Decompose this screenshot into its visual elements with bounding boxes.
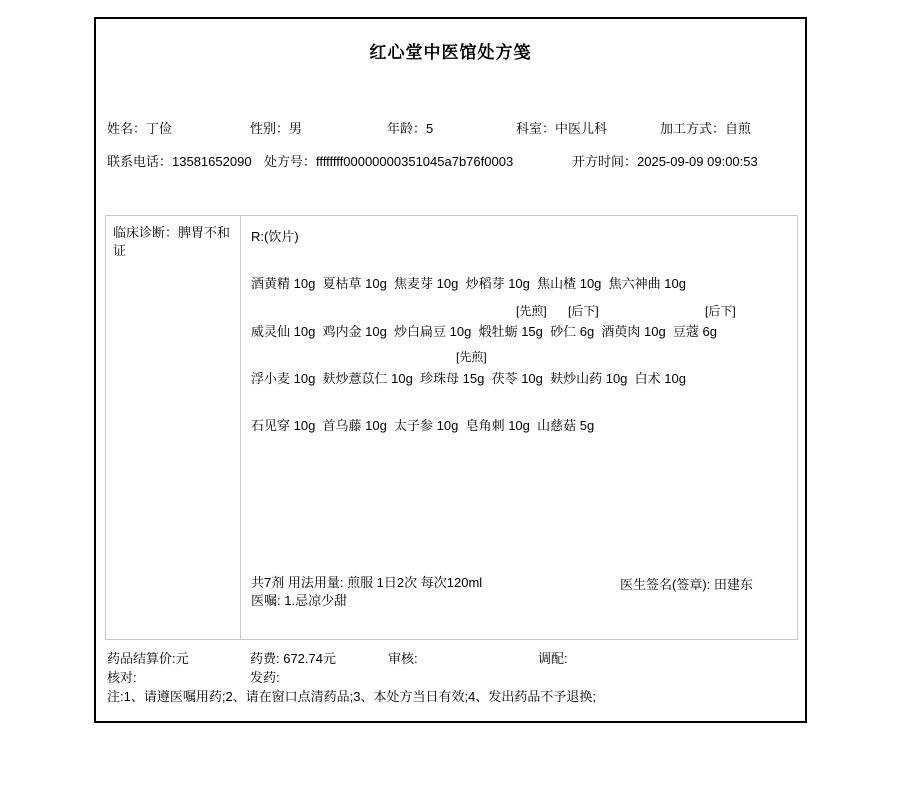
department-value: 中医儿科 — [555, 121, 607, 136]
medicine-line-2: 威灵仙 10g 鸡内金 10g 炒白扁豆 10g 煅牡蛎 15g 砂仁 6g 酒… — [251, 323, 791, 340]
patient-name-label: 姓名： — [107, 121, 146, 136]
marker-row-2: [先煎] — [241, 348, 797, 362]
screenshot-canvas: 红心堂中医馆处方笺 姓名：丁俭 性别：男 年龄：5 科室：中医儿科 加工方式：自… — [0, 0, 900, 800]
prescription-page: 红心堂中医馆处方笺 姓名：丁俭 性别：男 年龄：5 科室：中医儿科 加工方式：自… — [94, 17, 807, 723]
issue-time-value: 2025-09-09 09:00:53 — [637, 154, 758, 169]
check-label: 核对: — [107, 667, 137, 686]
medicine-line-1: 酒黄精 10g 夏枯草 10g 焦麦芽 10g 炒稻芽 10g 焦山楂 10g … — [251, 275, 791, 292]
issue-time-field: 开方时间：2025-09-09 09:00:53 — [572, 151, 758, 170]
processing-method-value: 自煎 — [725, 121, 751, 136]
department-label: 科室： — [516, 121, 555, 136]
rx-header: R:(饮片) — [251, 228, 791, 245]
rx-number-label: 处方号： — [264, 154, 316, 169]
patient-info-row-2: 联系电话：13581652090 处方号：ffffffff00000000351… — [96, 151, 805, 167]
medicine-area: R:(饮片) 酒黄精 10g 夏枯草 10g 焦麦芽 10g 炒稻芽 10g 焦… — [241, 216, 797, 639]
patient-age-label: 年龄： — [387, 121, 426, 136]
patient-gender-label: 性别： — [250, 121, 289, 136]
patient-age-value: 5 — [426, 121, 433, 136]
issue-drug-label: 发药: — [250, 667, 280, 686]
medicine-line-3: 浮小麦 10g 麸炒薏苡仁 10g 珍珠母 15g 茯苓 10g 麸炒山药 10… — [251, 370, 791, 387]
patient-info-row-1: 姓名：丁俭 性别：男 年龄：5 科室：中医儿科 加工方式：自煎 — [96, 118, 805, 134]
patient-gender-field: 性别：男 — [250, 118, 302, 137]
rx-number-value: ffffffff00000000351045a7b76f0003 — [316, 154, 513, 169]
footer-row-2: 核对: 发药: — [96, 667, 805, 683]
marker-houxia-2: [后下] — [705, 302, 736, 319]
marker-row-1: [先煎] [后下] [后下] — [241, 302, 797, 316]
marker-xianjian-2: [先煎] — [456, 348, 487, 365]
marker-xianjian-1: [先煎] — [516, 302, 547, 319]
fee-value: 药费: 672.74元 — [250, 648, 336, 667]
page-title: 红心堂中医馆处方笺 — [96, 38, 805, 63]
department-field: 科室：中医儿科 — [516, 118, 607, 137]
phone-value: 13581652090 — [172, 154, 252, 169]
dispense-label: 调配: — [538, 648, 568, 667]
doctor-signature: 医生签名(签章): 田建东 — [620, 574, 753, 593]
patient-gender-value: 男 — [289, 121, 302, 136]
phone-field: 联系电话：13581652090 — [107, 151, 252, 170]
patient-name-value: 丁俭 — [146, 121, 172, 136]
processing-method-label: 加工方式： — [660, 121, 725, 136]
footer-note: 注:1、请遵医嘱用药;2、请在窗口点清药品;3、本处方当日有效;4、发出药品不予… — [107, 686, 596, 705]
prescription-box: 临床诊断：脾胃不和证 R:(饮片) 酒黄精 10g 夏枯草 10g 焦麦芽 10… — [105, 215, 798, 640]
diagnosis-label: 临床诊断： — [113, 225, 178, 240]
patient-name-field: 姓名：丁俭 — [107, 118, 172, 137]
patient-age-field: 年龄：5 — [387, 118, 433, 137]
review-label: 审核: — [388, 648, 418, 667]
marker-houxia-1: [后下] — [568, 302, 599, 319]
processing-method-field: 加工方式：自煎 — [660, 118, 751, 137]
medicine-line-4: 石见穿 10g 首乌藤 10g 太子参 10g 皂角刺 10g 山慈菇 5g — [251, 417, 791, 434]
footer-row-1: 药品结算价:元 药费: 672.74元 审核: 调配: — [96, 648, 805, 664]
rx-number-field: 处方号：ffffffff00000000351045a7b76f0003 — [264, 151, 513, 170]
settle-price-label: 药品结算价:元 — [107, 648, 189, 667]
clinical-diagnosis: 临床诊断：脾胃不和证 — [106, 216, 241, 639]
issue-time-label: 开方时间： — [572, 154, 637, 169]
medical-advice-line: 医嘱: 1.忌凉少甜 — [251, 592, 791, 609]
footer-note-row: 注:1、请遵医嘱用药;2、请在窗口点清药品;3、本处方当日有效;4、发出药品不予… — [96, 686, 805, 702]
phone-label: 联系电话： — [107, 154, 172, 169]
